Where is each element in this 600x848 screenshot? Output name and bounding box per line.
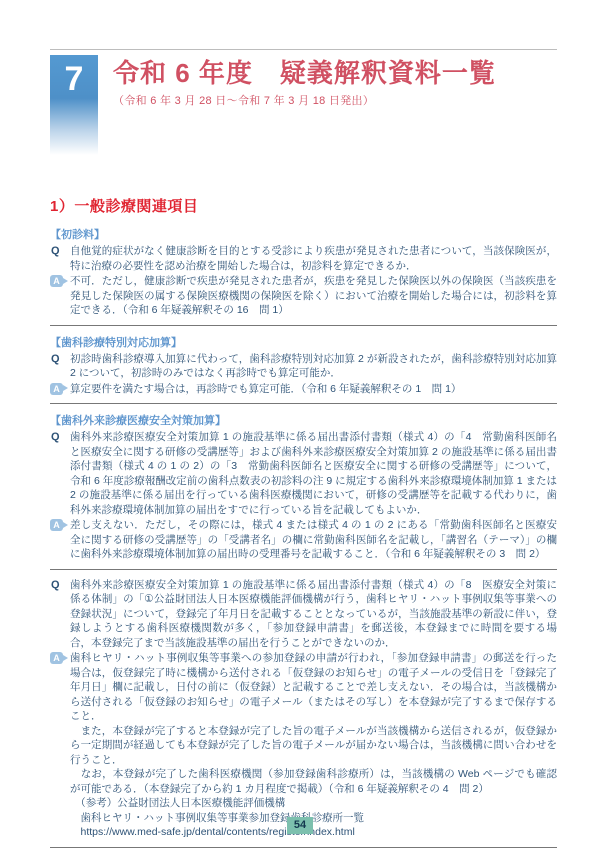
question-text: 歯科外来診療医療安全対策加算 1 の施設基準に係る届出書添付書類（様式 4）の「…: [70, 578, 557, 651]
answer-badge: A: [50, 275, 63, 287]
qa-group-shoshinryo: 【初診料】 Q 自他覚的症状がなく健康診断を目的とする受診により疾患が発見された…: [50, 226, 557, 326]
qa-item: Q 初診時歯科診療導入加算に代わって，歯科診療特別対応加算 2 が新設されたが，…: [50, 352, 557, 405]
group-heading: 【初診料】: [50, 226, 557, 242]
group-heading: 【歯科診療特別対応加算】: [50, 334, 557, 350]
answer-badge: A: [50, 652, 63, 664]
group-heading: 【歯科外来診療医療安全対策加算】: [50, 412, 557, 428]
answer-text: 不可．ただし，健康診断で疾患が発見された患者が，疾患を発見した保険医以外の保険医…: [70, 274, 557, 318]
chapter-number-box: 7: [50, 55, 98, 158]
qa-item: Q 自他覚的症状がなく健康診断を目的とする受診により疾患が発見された患者について…: [50, 244, 557, 326]
section-title: 1）一般診療関連項目: [50, 195, 557, 216]
qa-item: Q 歯科外来診療医療安全対策加算 1 の施設基準に係る届出書添付書類（様式 4）…: [50, 430, 557, 570]
question-text: 歯科外来診療医療安全対策加算 1 の施設基準に係る届出書添付書類（様式 4）の「…: [70, 430, 557, 517]
chapter-number: 7: [50, 55, 98, 104]
header-top-rule: [50, 49, 557, 50]
question-label: Q: [50, 578, 70, 593]
question-text: 自他覚的症状がなく健康診断を目的とする受診により疾患が発見された患者について，当…: [70, 244, 557, 273]
page-subtitle: （令和 6 年 3 月 28 日～令和 7 年 3 月 18 日発出）: [113, 92, 496, 108]
qa-item: Q 歯科外来診療医療安全対策加算 1 の施設基準に係る届出書添付書類（様式 4）…: [50, 578, 557, 848]
answer-badge: A: [50, 383, 63, 395]
qa-content: 【初診料】 Q 自他覚的症状がなく健康診断を目的とする受診により疾患が発見された…: [50, 226, 557, 848]
reference-note: （参考）公益財団法人日本医療機能評価機構: [70, 796, 557, 811]
answer-text: 算定要件を満たす場合は，再診時でも算定可能．（令和 6 年疑義解釈その 1 問 …: [70, 382, 557, 397]
question-label: Q: [50, 352, 70, 367]
answer-badge: A: [50, 519, 63, 531]
divider: [50, 569, 557, 570]
page-footer: 54: [0, 815, 600, 834]
document-page: 7 令和 6 年度 疑義解釈資料一覧 （令和 6 年 3 月 28 日～令和 7…: [0, 0, 600, 848]
chapter-header-text: 令和 6 年度 疑義解釈資料一覧 （令和 6 年 3 月 28 日～令和 7 年…: [113, 55, 496, 108]
page-number-badge: 54: [287, 817, 313, 834]
divider: [50, 847, 557, 848]
page-title: 令和 6 年度 疑義解釈資料一覧: [113, 57, 496, 90]
qa-group-tokubetsu-taio: 【歯科診療特別対応加算】 Q 初診時歯科診療導入加算に代わって，歯科診療特別対応…: [50, 334, 557, 405]
divider: [50, 403, 557, 404]
answer-text: 差し支えない．ただし，その際には，様式 4 または様式 4 の 1 の 2 にあ…: [70, 518, 557, 562]
question-label: Q: [50, 244, 70, 259]
answer-text: 歯科ヒヤリ・ハット事例収集等事業への参加登録の申請が行われ，「参加登録申請書」の…: [70, 651, 557, 840]
qa-group-anzen-taisaku: 【歯科外来診療医療安全対策加算】 Q 歯科外来診療医療安全対策加算 1 の施設基…: [50, 412, 557, 848]
question-label: Q: [50, 430, 70, 445]
chapter-header: 7 令和 6 年度 疑義解釈資料一覧 （令和 6 年 3 月 28 日～令和 7…: [50, 55, 557, 158]
divider: [50, 325, 557, 326]
question-text: 初診時歯科診療導入加算に代わって，歯科診療特別対応加算 2 が新設されたが，歯科…: [70, 352, 557, 381]
